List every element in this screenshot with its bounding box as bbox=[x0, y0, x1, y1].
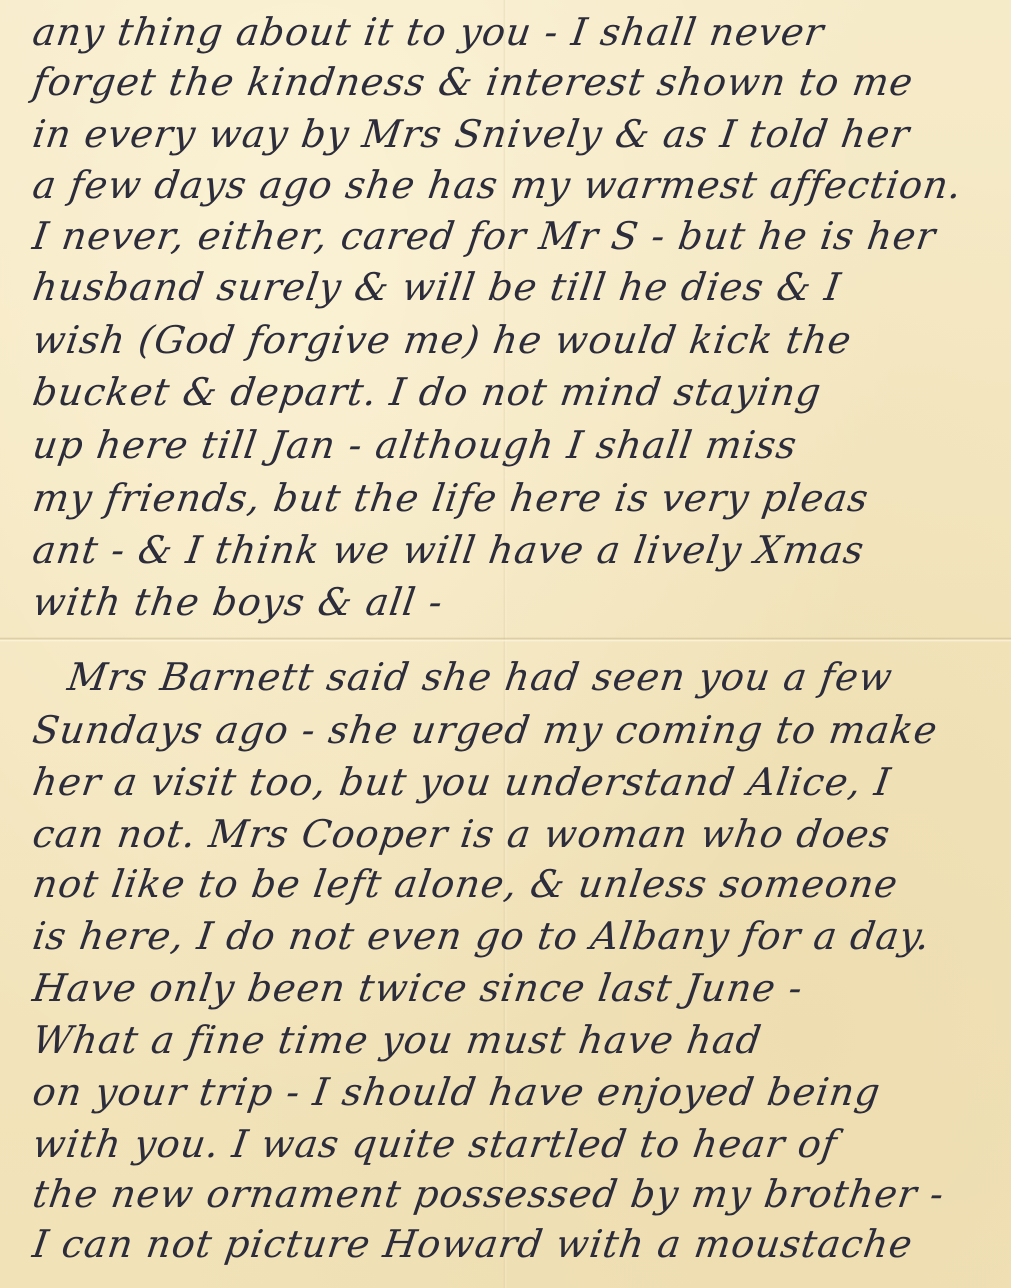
letter-line: bucket & depart. I do not mind staying bbox=[30, 370, 824, 414]
letter-line: with the boys & all - bbox=[30, 580, 446, 624]
letter-line: my friends, but the life here is very pl… bbox=[30, 476, 872, 520]
letter-line: on your trip - I should have enjoyed bei… bbox=[30, 1070, 883, 1114]
letter-line: forget the kindness & interest shown to … bbox=[30, 60, 916, 104]
letter-line: not like to be left alone, & unless some… bbox=[30, 862, 901, 906]
letter-line: can not. Mrs Cooper is a woman who does bbox=[30, 812, 893, 856]
letter-line: up here till Jan - although I shall miss bbox=[30, 423, 800, 467]
letter-line: her a visit too, but you understand Alic… bbox=[30, 760, 894, 804]
letter-line: a few days ago she has my warmest affect… bbox=[30, 163, 965, 207]
letter-line: any thing about it to you - I shall neve… bbox=[30, 10, 827, 54]
letter-line: Have only been twice since last June - bbox=[30, 966, 806, 1010]
letter-line: I never, either, cared for Mr S - but he… bbox=[30, 214, 939, 258]
letter-line: Sundays ago - she urged my coming to mak… bbox=[30, 708, 941, 752]
letter-line: in every way by Mrs Snively & as I told … bbox=[30, 112, 913, 156]
letter-line: ant - & I think we will have a lively Xm… bbox=[30, 528, 867, 572]
letter-line: with you. I was quite startled to hear o… bbox=[30, 1122, 840, 1166]
letter-line: husband surely & will be till he dies & … bbox=[30, 265, 844, 309]
letter-line: I can not picture Howard with a moustach… bbox=[30, 1222, 916, 1266]
letter-line: wish (God forgive me) he would kick the bbox=[30, 318, 855, 362]
letter-line: What a fine time you must have had bbox=[30, 1018, 765, 1062]
letter-line: Mrs Barnett said she had seen you a few bbox=[65, 655, 896, 699]
letter-page: any thing about it to you - I shall neve… bbox=[0, 0, 1011, 1288]
letter-line: the new ornament possessed by my brother… bbox=[30, 1172, 947, 1216]
letter-line: is here, I do not even go to Albany for … bbox=[30, 914, 933, 958]
horizontal-fold-crease bbox=[0, 637, 1011, 642]
